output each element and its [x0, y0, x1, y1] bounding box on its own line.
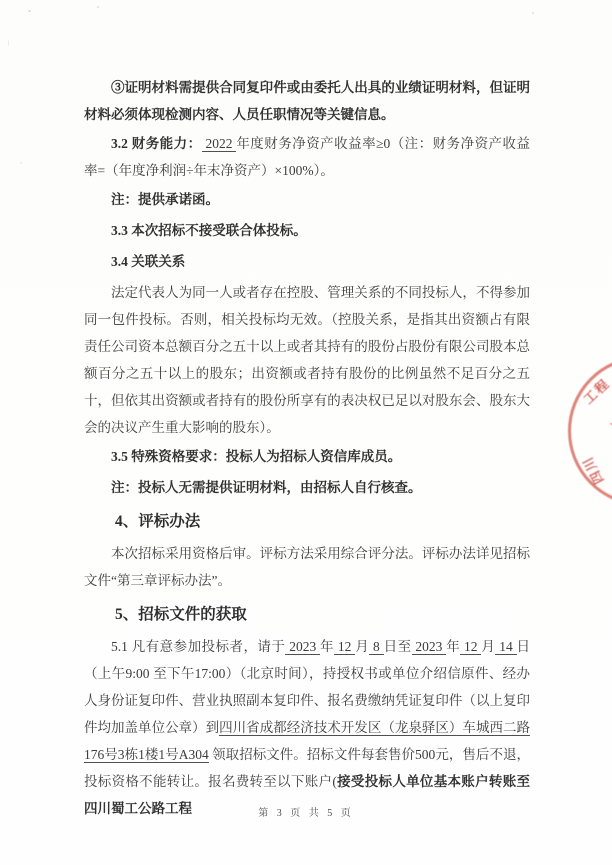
paragraph-affiliation-rules: 法定代表人为同一人或者存在控股、管理关系的不同投标人，不得参加同一包件投标。否则… [84, 279, 530, 441]
page-number: 第 3 页 共 5 页 [0, 804, 612, 819]
clause-3-3-no-consortium: 3.3 本次招标不接受联合体投标。 [84, 217, 530, 244]
scan-speckle [20, 162, 22, 164]
paragraph-evidence-materials: ③证明材料需提供合同复印件或由委托人出具的业绩证明材料，但证明材料必须体现检测内… [84, 74, 530, 128]
note-commitment-letter: 注：提供承诺函。 [84, 186, 530, 213]
clause-3-2-label: 3.2 财务能力： [111, 136, 202, 151]
filled-blank-start-year: 2023 [285, 639, 320, 655]
filled-blank-start-month: 12 [334, 639, 355, 655]
filled-blank-start-day: 8 [369, 639, 383, 655]
filled-blank-year: 2022 [202, 136, 237, 152]
scan-speckle [8, 40, 9, 46]
document-page: ③证明材料需提供合同复印件或由委托人出具的业绩证明材料，但证明材料必须体现检测内… [0, 0, 612, 865]
scan-speckle [97, 6, 99, 8]
paragraph-document-acquisition: 5.1 凡有意参加投标者，请于 2023 年 12 月 8 日至 2023 年 … [84, 633, 530, 822]
official-seal: ★ 工程 四川 [568, 356, 612, 506]
text-segment: 月 [355, 639, 369, 654]
clause-5-1-text: 5.1 凡有意参加投标者，请于 [111, 639, 285, 654]
scan-speckle [532, 12, 534, 14]
paragraph-financial-capability: 3.2 财务能力： 2022 年度财务净资产收益率≥0（注：财务净资产收益率=（… [84, 130, 530, 184]
text-segment: 日至 [384, 639, 412, 654]
text-segment: 年 [446, 639, 460, 654]
clause-3-5-special-qualification: 3.5 特殊资格要求：投标人为招标人资信库成员。 [84, 443, 530, 470]
section-heading-document-acquisition: 5、招标文件的获取 [84, 601, 530, 628]
section-heading-evaluation-method: 4、评标办法 [84, 508, 530, 535]
note-self-verification: 注：投标人无需提供证明材料，由招标人自行核查。 [84, 474, 530, 501]
filled-blank-end-day: 14 [495, 639, 516, 655]
clause-3-4-heading: 3.4 关联关系 [84, 248, 530, 275]
filled-blank-end-year: 2023 [412, 639, 447, 655]
text-segment: 月 [481, 639, 495, 654]
document-body: ③证明材料需提供合同复印件或由委托人出具的业绩证明材料，但证明材料必须体现检测内… [84, 74, 530, 824]
text-segment: 年 [320, 639, 334, 654]
scan-speckle [28, 10, 31, 12]
paragraph-evaluation-method: 本次招标采用资格后审。评标方法采用综合评分法。评标办法详见招标文件“第三章评标办… [84, 540, 530, 594]
filled-blank-end-month: 12 [460, 639, 481, 655]
